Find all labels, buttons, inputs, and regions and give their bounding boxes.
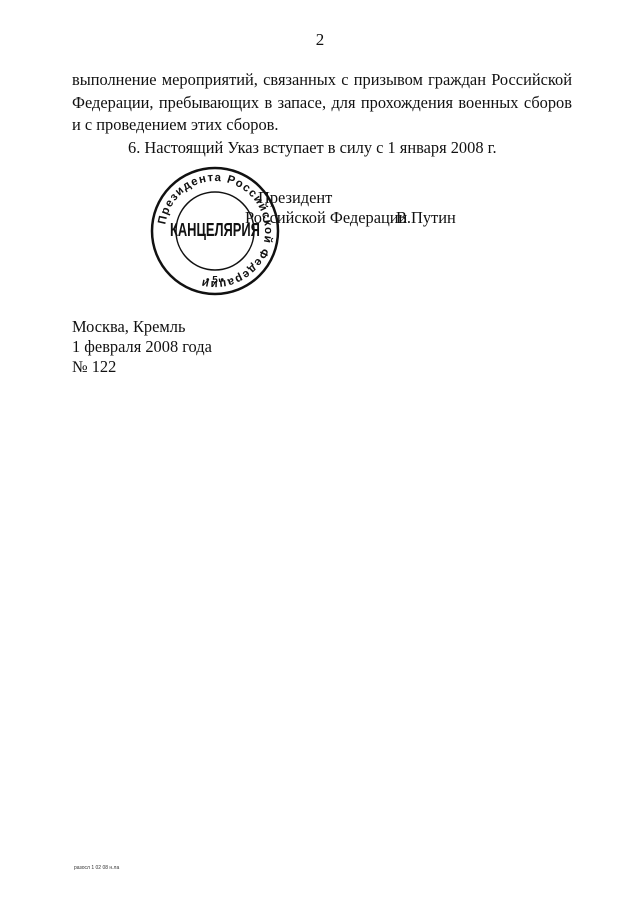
paragraph-item-6: 6. Настоящий Указ вступает в силу с 1 ян… — [72, 137, 572, 160]
official-stamp: Президента Российской Федерации КАНЦЕЛЯР… — [149, 165, 281, 297]
paragraph-continuation: выполнение мероприятий, связанных с приз… — [72, 69, 572, 137]
place-and-date: Москва, Кремль 1 февраля 2008 года № 122 — [72, 317, 212, 377]
decree-number: № 122 — [72, 357, 212, 377]
decree-date: 1 февраля 2008 года — [72, 337, 212, 357]
footer-note: разосл 1 02 08 н.ла — [74, 865, 119, 871]
svg-text:• 5 •: • 5 • — [206, 275, 225, 286]
signatory-title-line2: Российской Федерации — [245, 207, 407, 230]
signatory-name: В.Путин — [396, 207, 456, 230]
document-body: выполнение мероприятий, связанных с приз… — [72, 69, 572, 159]
location: Москва, Кремль — [72, 317, 212, 337]
page-number: 2 — [0, 30, 640, 50]
